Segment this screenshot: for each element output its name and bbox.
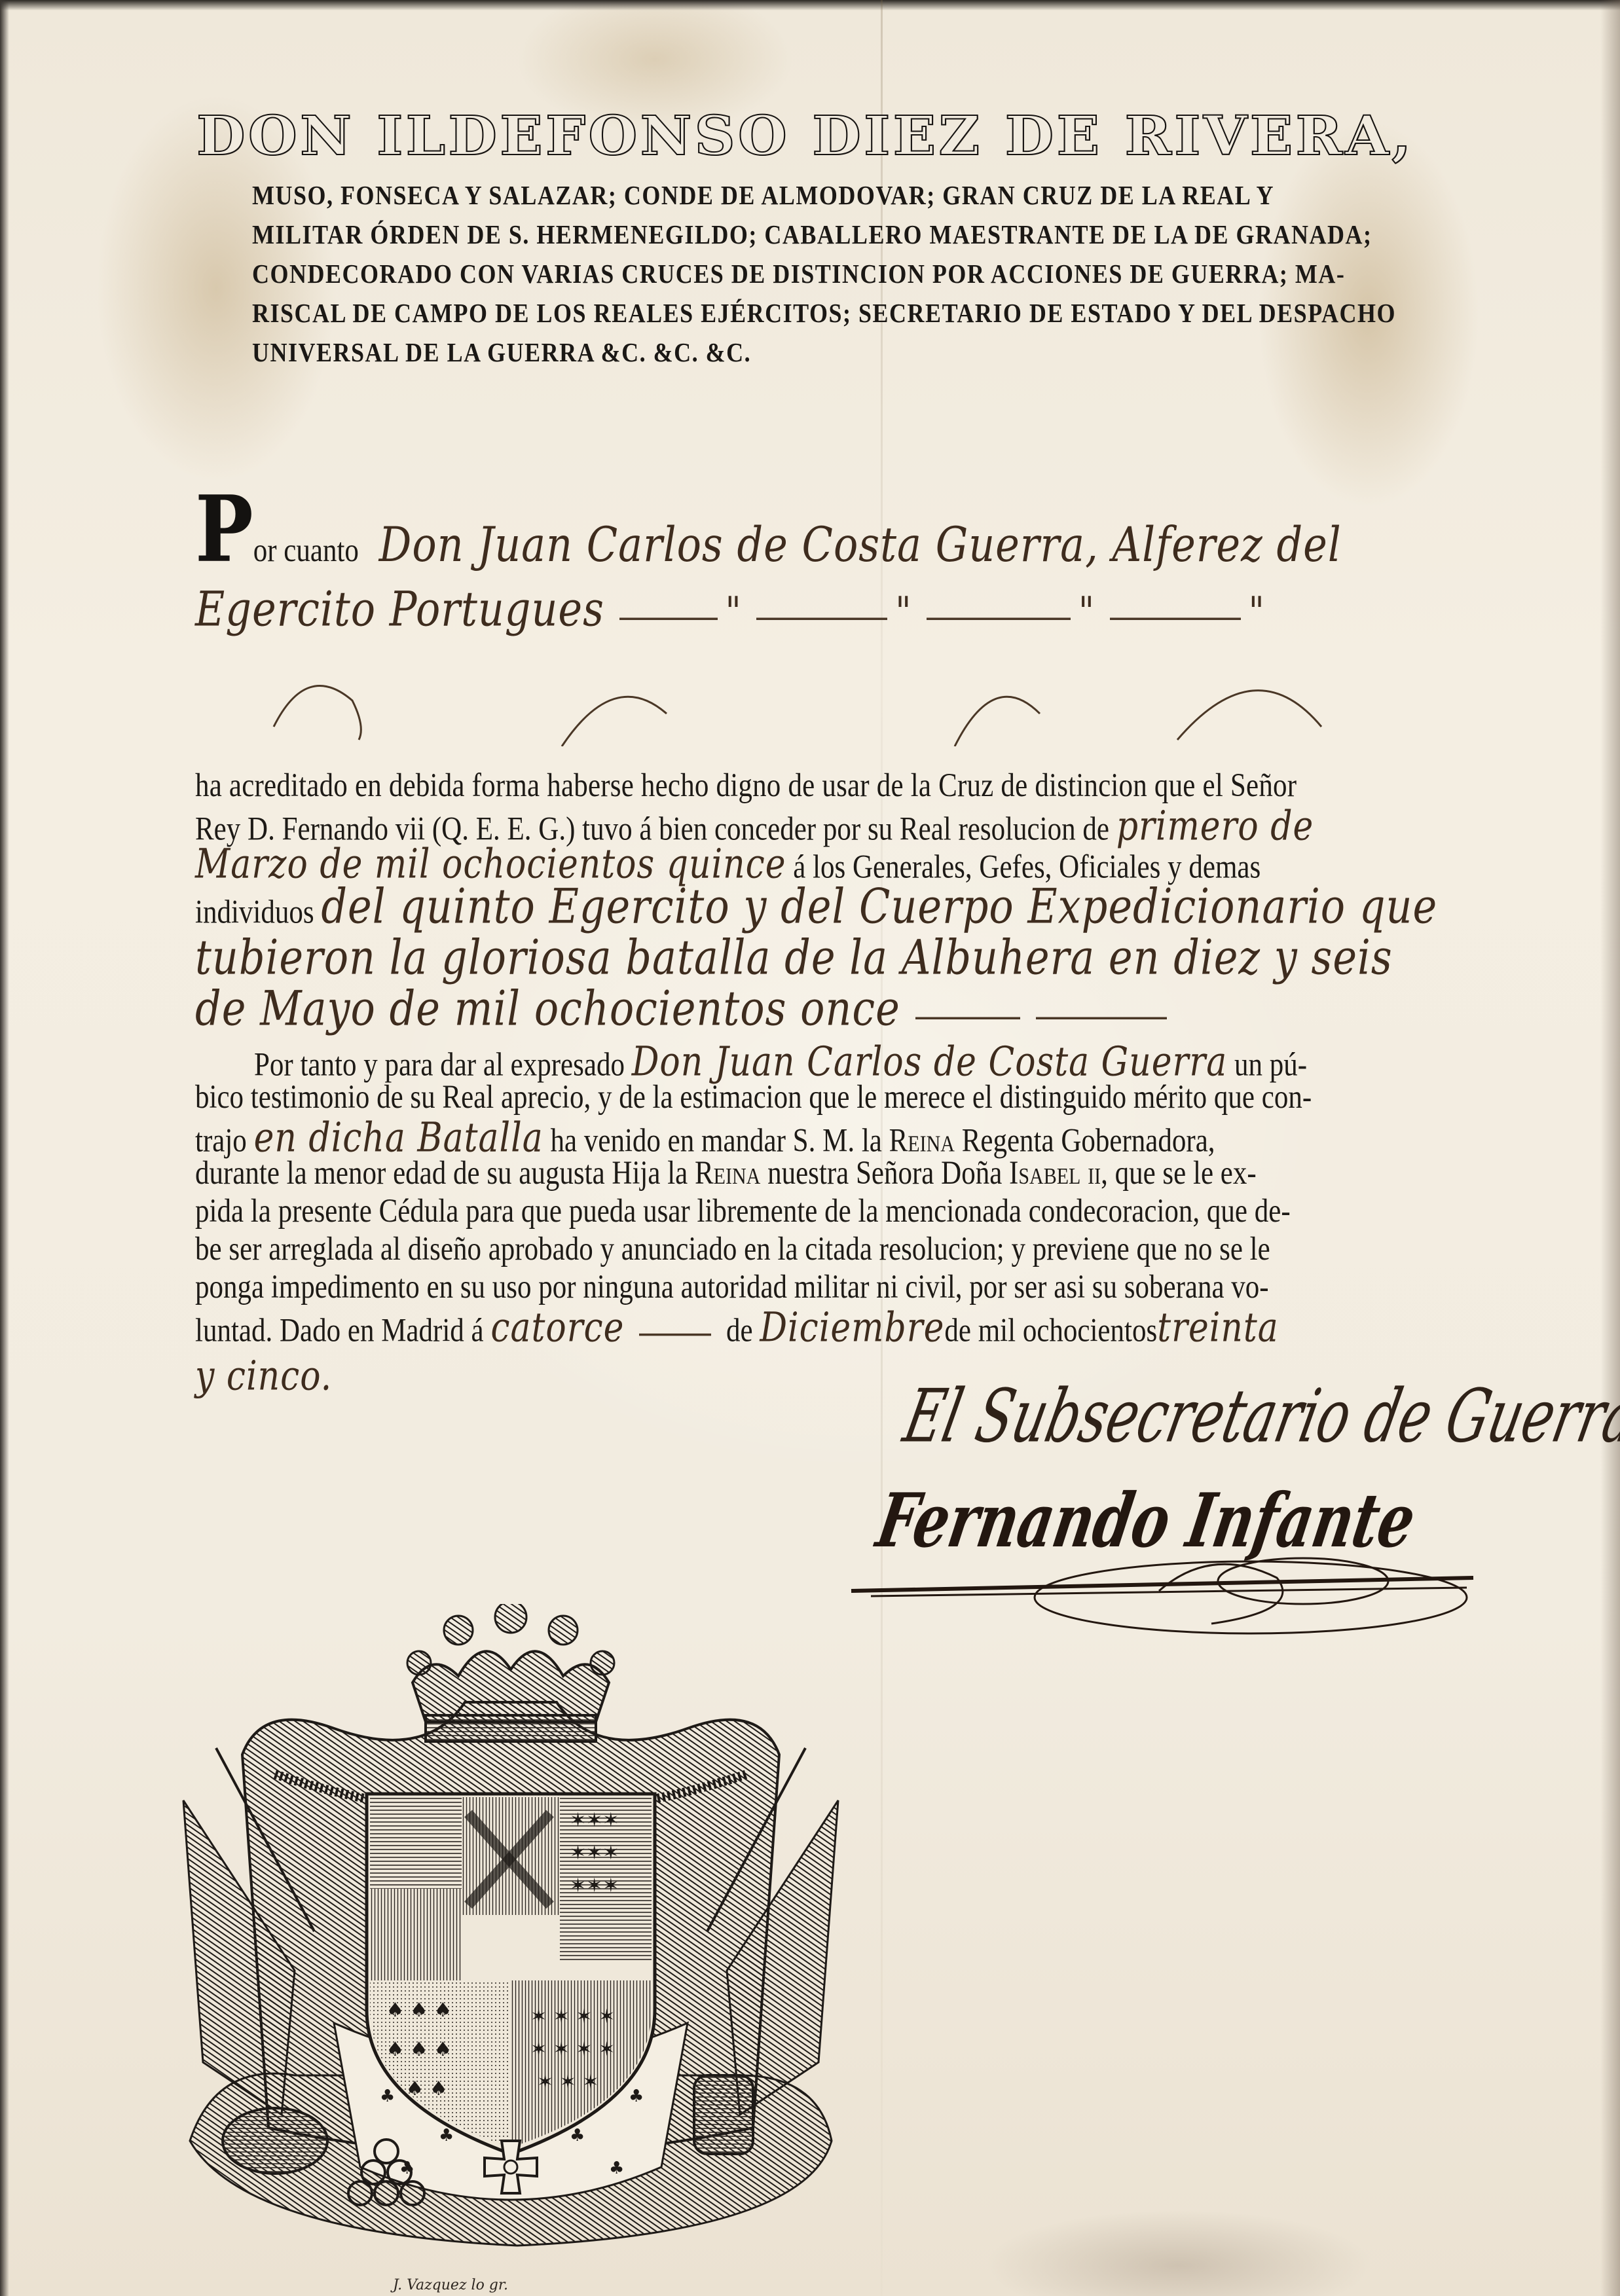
filler-dash <box>915 1015 1020 1019</box>
titles-line: MUSO, FONSECA Y SALAZAR; CONDE DE ALMODO… <box>252 173 1418 218</box>
date-day-handwritten: catorce <box>490 1305 624 1351</box>
titles-line: RISCAL DE CAMPO DE LOS REALES EJÉRCITOS;… <box>252 291 1418 336</box>
p2-line-4-b: nuestra Señora Doña <box>767 1155 1002 1191</box>
filler-mark: " <box>895 589 911 636</box>
document-title: DON ILDEFONSO DIEZ DE RIVERA, <box>196 105 1503 168</box>
titles-line: UNIVERSAL DE LA GUERRA &c. &c. &c. <box>252 330 1418 375</box>
p2-line-2: bico testimonio de su Real aprecio, y de… <box>195 1078 1312 1116</box>
filler-mark: " <box>726 589 742 636</box>
date-year-handwritten: treinta <box>1157 1305 1279 1351</box>
p2-line-7: ponga impedimento en su uso por ninguna … <box>195 1268 1269 1306</box>
svg-text:♠ ♠ ♠: ♠ ♠ ♠ <box>386 1999 452 2022</box>
p2-isabel: Isabel ii <box>1009 1155 1101 1191</box>
p2-line-8: luntad. Dado en Madrid á catorce de Dici… <box>195 1305 1279 1351</box>
title-text: DON ILDEFONSO DIEZ DE RIVERA, <box>196 105 1414 168</box>
p2-line-1-end: un pú- <box>1234 1047 1307 1083</box>
filler-dash <box>639 1332 711 1336</box>
p1-line-4-printed: individuos <box>195 894 314 930</box>
filler-mark: " <box>1078 589 1095 636</box>
svg-text:✶ ✶ ✶ ✶: ✶ ✶ ✶ ✶ <box>530 2038 615 2061</box>
p1-battle-date-handwritten: de Mayo de mil ochocientos once <box>195 980 900 1036</box>
crown <box>407 1604 614 1741</box>
p1-battle-handwritten: tubieron la gloriosa batalla de la Albuh… <box>195 929 1393 985</box>
signature-title: El Subsecretario de Guerra <box>897 1374 1620 1459</box>
svg-text:♠ ♠ ♠: ♠ ♠ ♠ <box>386 2038 452 2061</box>
titles-line: CONDECORADO CON VARIAS CRUCES DE DISTINC… <box>252 251 1418 297</box>
filler-dash <box>619 616 718 620</box>
filler-dash <box>756 616 887 620</box>
scan-top-edge <box>0 0 1620 10</box>
date-month-handwritten: Diciembre <box>760 1305 944 1351</box>
p2-line-4-a: durante la menor edad de su augusta Hija… <box>195 1155 688 1191</box>
svg-text:♠ ♠: ♠ ♠ <box>406 2077 447 2100</box>
p2-line-4: durante la menor edad de su augusta Hija… <box>195 1154 1257 1192</box>
p2-line-9: y cinco. <box>195 1353 332 1400</box>
p2-line-5: pida la presente Cédula para que pueda u… <box>195 1192 1291 1230</box>
svg-text:♣: ♣ <box>570 2126 585 2145</box>
p2-line-3-a: ha venido en mandar S. M. la <box>551 1123 882 1159</box>
filler-mark: " <box>1249 589 1265 636</box>
svg-text:♣: ♣ <box>380 2086 395 2106</box>
filler-dash <box>927 616 1071 620</box>
drop-cap: P <box>195 475 253 583</box>
svg-text:✶✶✶: ✶✶✶ <box>570 1809 619 1832</box>
por-cuanto-label: or cuanto <box>253 532 359 568</box>
scan-right-edge <box>1600 0 1620 2296</box>
p1-unit-handwritten: del quinto Egercito y del Cuerpo Expedic… <box>321 878 1437 934</box>
p2-line-4-c: , que se le ex- <box>1101 1155 1257 1191</box>
drum-right <box>694 2075 753 2154</box>
signature-rubric <box>845 1552 1500 1650</box>
p2-line-3-b: Regenta Gobernadora, <box>962 1123 1215 1159</box>
p1-line-1: ha acreditado en debida forma haberse he… <box>195 767 1297 805</box>
svg-text:✶✶✶: ✶✶✶ <box>570 1842 619 1865</box>
signature-name: Fernando Infante <box>871 1476 1422 1564</box>
p2-line-8-b: de <box>726 1313 753 1349</box>
recipient-line-2: Egercito Portugues " " " " <box>195 581 1265 637</box>
filler-dash <box>1036 1015 1167 1019</box>
engraver-credit: J. Vazquez lo gr. <box>393 2277 508 2293</box>
decorative-flourish <box>195 655 1462 746</box>
drum-left <box>223 2108 327 2174</box>
date-year-end-handwritten: y cinco. <box>195 1353 332 1400</box>
por-cuanto-line: Por cuanto Don Juan Carlos de Costa Guer… <box>195 484 1342 575</box>
titles-block: MUSO, FONSECA Y SALAZAR; CONDE DE ALMODO… <box>252 175 1418 372</box>
p2-reina-2: Reina <box>695 1155 760 1191</box>
p2-line-6: be ser arreglada al diseño aprobado y an… <box>195 1230 1270 1268</box>
recipient-handwritten: Don Juan Carlos de Costa Guerra, Alferez… <box>379 516 1342 572</box>
p1-line-5: tubieron la gloriosa batalla de la Albuh… <box>195 929 1393 985</box>
p1-line-6: de Mayo de mil ochocientos once <box>195 980 1175 1036</box>
p2-line-8-a: luntad. Dado en Madrid á <box>195 1313 484 1349</box>
filler-dash <box>1110 616 1241 620</box>
p2-line-8-c: de mil ochocientos <box>944 1313 1157 1349</box>
p1-line-4: individuos del quinto Egercito y del Cue… <box>195 878 1437 934</box>
svg-text:✶ ✶ ✶ ✶: ✶ ✶ ✶ ✶ <box>530 2005 615 2028</box>
svg-text:♣: ♣ <box>629 2086 644 2106</box>
svg-text:✶✶✶: ✶✶✶ <box>570 1874 619 1897</box>
svg-text:✶ ✶ ✶: ✶ ✶ ✶ <box>537 2071 598 2094</box>
p2-line-3-printed: trajo <box>195 1123 247 1159</box>
svg-text:♣: ♣ <box>609 2159 624 2178</box>
coat-of-arms-engraving: ♣♣ ♣♣ ♣♣ ✶✶✶✶✶✶✶✶✶ ✶ ✶ ✶ ✶✶ ✶ ✶ ✶✶ ✶ ✶ ♠… <box>164 1604 858 2265</box>
p2-line-1-printed: Por tanto y para dar al expresado <box>254 1047 625 1083</box>
titles-line: MILITAR ÓRDEN DE S. HERMENEGILDO; CABALL… <box>252 212 1418 257</box>
recipient-unit-handwritten: Egercito Portugues <box>195 581 604 637</box>
scan-left-edge <box>0 0 9 2296</box>
p2-reina: Reina <box>889 1123 955 1159</box>
